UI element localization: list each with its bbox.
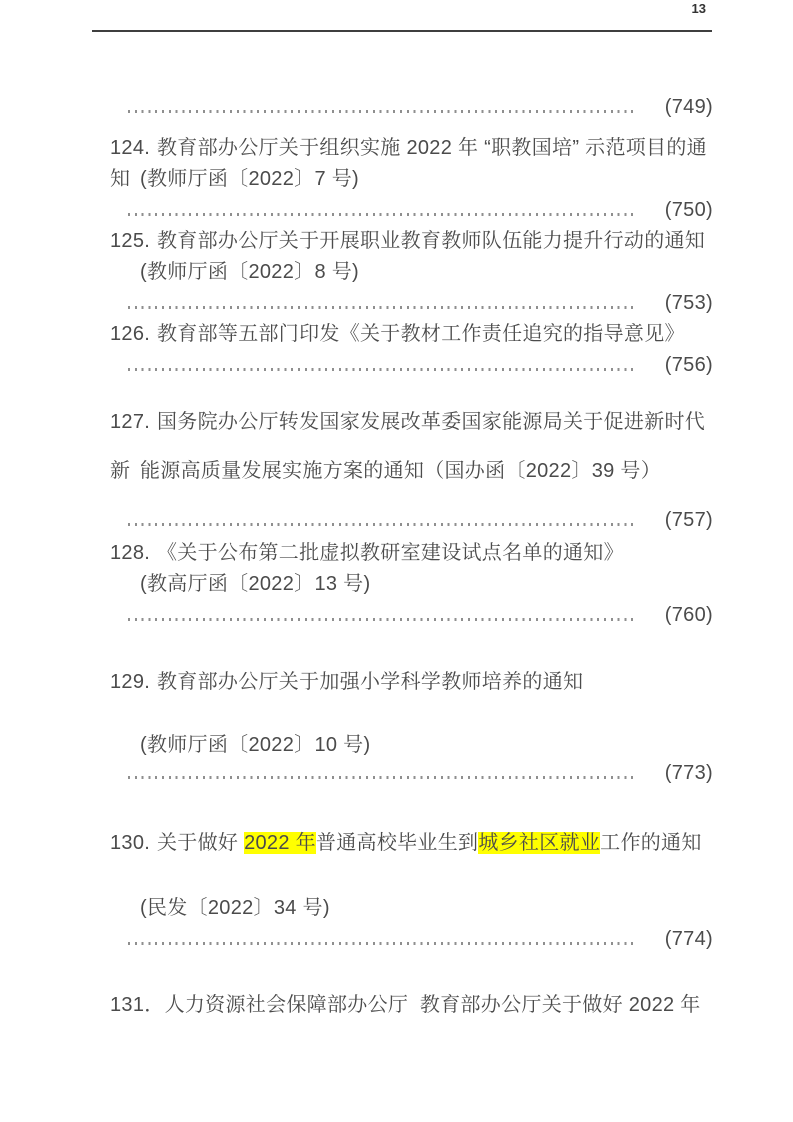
title-text: 普通高校毕业生到 bbox=[316, 832, 478, 854]
entry-title-line: 128.《关于公布第二批虚拟教研室建设试点名单的通知》 bbox=[110, 538, 713, 569]
title-text: (教师厅函〔2022〕10 号) bbox=[140, 734, 370, 756]
toc-entry: 129.教育部办公厅关于加强小学科学教师培养的通知(教师厅函〔2022〕10 号… bbox=[110, 667, 713, 789]
title-text: 人力资源社会保障部办公厅 教育部办公厅关于做好 2022 年 bbox=[165, 994, 701, 1016]
page-ref: (760) bbox=[661, 600, 713, 631]
entry-title-line: 130.关于做好 2022 年普通高校毕业生到城乡社区就业工作的通知 bbox=[110, 828, 713, 859]
entry-number: 129. bbox=[110, 667, 157, 698]
dot-leader-row: (750) bbox=[110, 195, 713, 226]
toc-entry: 130.关于做好 2022 年普通高校毕业生到城乡社区就业工作的通知(民发〔20… bbox=[110, 828, 713, 955]
entry-number: 127. bbox=[110, 398, 157, 447]
toc-entry: 131．人力资源社会保障部办公厅 教育部办公厅关于做好 2022 年 bbox=[110, 990, 713, 1021]
dot-leader bbox=[128, 942, 636, 945]
title-text: 教育部办公厅关于加强小学科学教师培养的通知 bbox=[157, 671, 583, 693]
dot-leader bbox=[128, 776, 636, 779]
header-rule bbox=[92, 30, 712, 32]
entry-number: 124. bbox=[110, 133, 157, 164]
page-ref: (753) bbox=[661, 288, 713, 319]
title-text: 教育部等五部门印发《关于教材工作责任追究的指导意见》 bbox=[157, 323, 685, 345]
toc-list: (749)124.教育部办公厅关于组织实施 2022 年 “职教国培” 示范项目… bbox=[110, 33, 713, 1021]
dot-leader-row: (753) bbox=[110, 288, 713, 319]
dot-leader bbox=[128, 523, 636, 526]
toc-entry: 127.国务院办公厅转发国家发展改革委国家能源局关于促进新时代新能源高质量发展实… bbox=[110, 398, 713, 545]
entry-title-line: 131．人力资源社会保障部办公厅 教育部办公厅关于做好 2022 年 bbox=[110, 990, 713, 1021]
title-text: (民发〔2022〕34 号) bbox=[140, 897, 330, 919]
entry-continuation-line: (教师厅函〔2022〕7 号) bbox=[110, 164, 713, 195]
title-text: (教师厅函〔2022〕7 号) bbox=[140, 168, 359, 190]
title-text: 关于做好 bbox=[157, 832, 244, 854]
dot-leader-row: (760) bbox=[110, 600, 713, 631]
title-text: 教育部办公厅关于开展职业教育教师队伍能力提升行动的通知 bbox=[157, 230, 705, 252]
entry-number: 125. bbox=[110, 226, 157, 257]
toc-entry: 126.教育部等五部门印发《关于教材工作责任追究的指导意见》(756) bbox=[110, 319, 713, 381]
entry-number: 131． bbox=[110, 990, 165, 1021]
entry-continuation-line: 能源高质量发展实施方案的通知（国办函〔2022〕39 号） bbox=[110, 447, 713, 496]
page-number: 13 bbox=[692, 1, 706, 16]
page-ref: (750) bbox=[661, 195, 713, 226]
title-text: 能源高质量发展实施方案的通知（国办函〔2022〕39 号） bbox=[140, 460, 661, 482]
search-highlight: 2022 年 bbox=[244, 832, 316, 854]
title-text: 《关于公布第二批虚拟教研室建设试点名单的通知》 bbox=[157, 542, 624, 564]
title-text: (教师厅函〔2022〕8 号) bbox=[140, 261, 359, 283]
entry-title-line: 126.教育部等五部门印发《关于教材工作责任追究的指导意见》 bbox=[110, 319, 713, 350]
page-ref: (756) bbox=[661, 350, 713, 381]
title-text: 工作的通知 bbox=[600, 832, 702, 854]
entry-continuation-line: (教师厅函〔2022〕8 号) bbox=[110, 257, 713, 288]
page-ref: (773) bbox=[661, 758, 713, 789]
dot-leader-row: (756) bbox=[110, 350, 713, 381]
dot-leader-row: (749) bbox=[110, 92, 713, 123]
dot-leader-row: (774) bbox=[110, 924, 713, 955]
dot-leader bbox=[128, 110, 636, 113]
toc-entry: 125.教育部办公厅关于开展职业教育教师队伍能力提升行动的通知(教师厅函〔202… bbox=[110, 226, 713, 319]
entry-title-line: 125.教育部办公厅关于开展职业教育教师队伍能力提升行动的通知 bbox=[110, 226, 713, 257]
entry-continuation-line: (教师厅函〔2022〕10 号) bbox=[110, 730, 713, 761]
entry-title-line: 124.教育部办公厅关于组织实施 2022 年 “职教国培” 示范项目的通知 bbox=[110, 133, 713, 164]
entry-continuation-line: (教高厅函〔2022〕13 号) bbox=[110, 569, 713, 600]
page-ref: (774) bbox=[661, 924, 713, 955]
dot-leader-row: (773) bbox=[110, 758, 713, 789]
page-ref: (749) bbox=[661, 92, 713, 123]
dot-leader bbox=[128, 368, 636, 371]
title-text: (教高厅函〔2022〕13 号) bbox=[140, 573, 370, 595]
dot-leader bbox=[128, 213, 636, 216]
search-highlight: 城乡社区就业 bbox=[478, 832, 600, 854]
toc-entry: (749) bbox=[110, 92, 713, 123]
entry-title-line: 127.国务院办公厅转发国家发展改革委国家能源局关于促进新时代新 bbox=[110, 398, 713, 447]
entry-title-line: 129.教育部办公厅关于加强小学科学教师培养的通知 bbox=[110, 667, 713, 698]
dot-leader bbox=[128, 306, 636, 309]
dot-leader bbox=[128, 618, 636, 621]
toc-entry: 124.教育部办公厅关于组织实施 2022 年 “职教国培” 示范项目的通知(教… bbox=[110, 133, 713, 226]
entry-continuation-line: (民发〔2022〕34 号) bbox=[110, 893, 713, 924]
entry-number: 128. bbox=[110, 538, 157, 569]
page-ref: (757) bbox=[661, 496, 713, 545]
entry-number: 130. bbox=[110, 828, 157, 859]
toc-entry: 128.《关于公布第二批虚拟教研室建设试点名单的通知》(教高厅函〔2022〕13… bbox=[110, 538, 713, 631]
entry-number: 126. bbox=[110, 319, 157, 350]
